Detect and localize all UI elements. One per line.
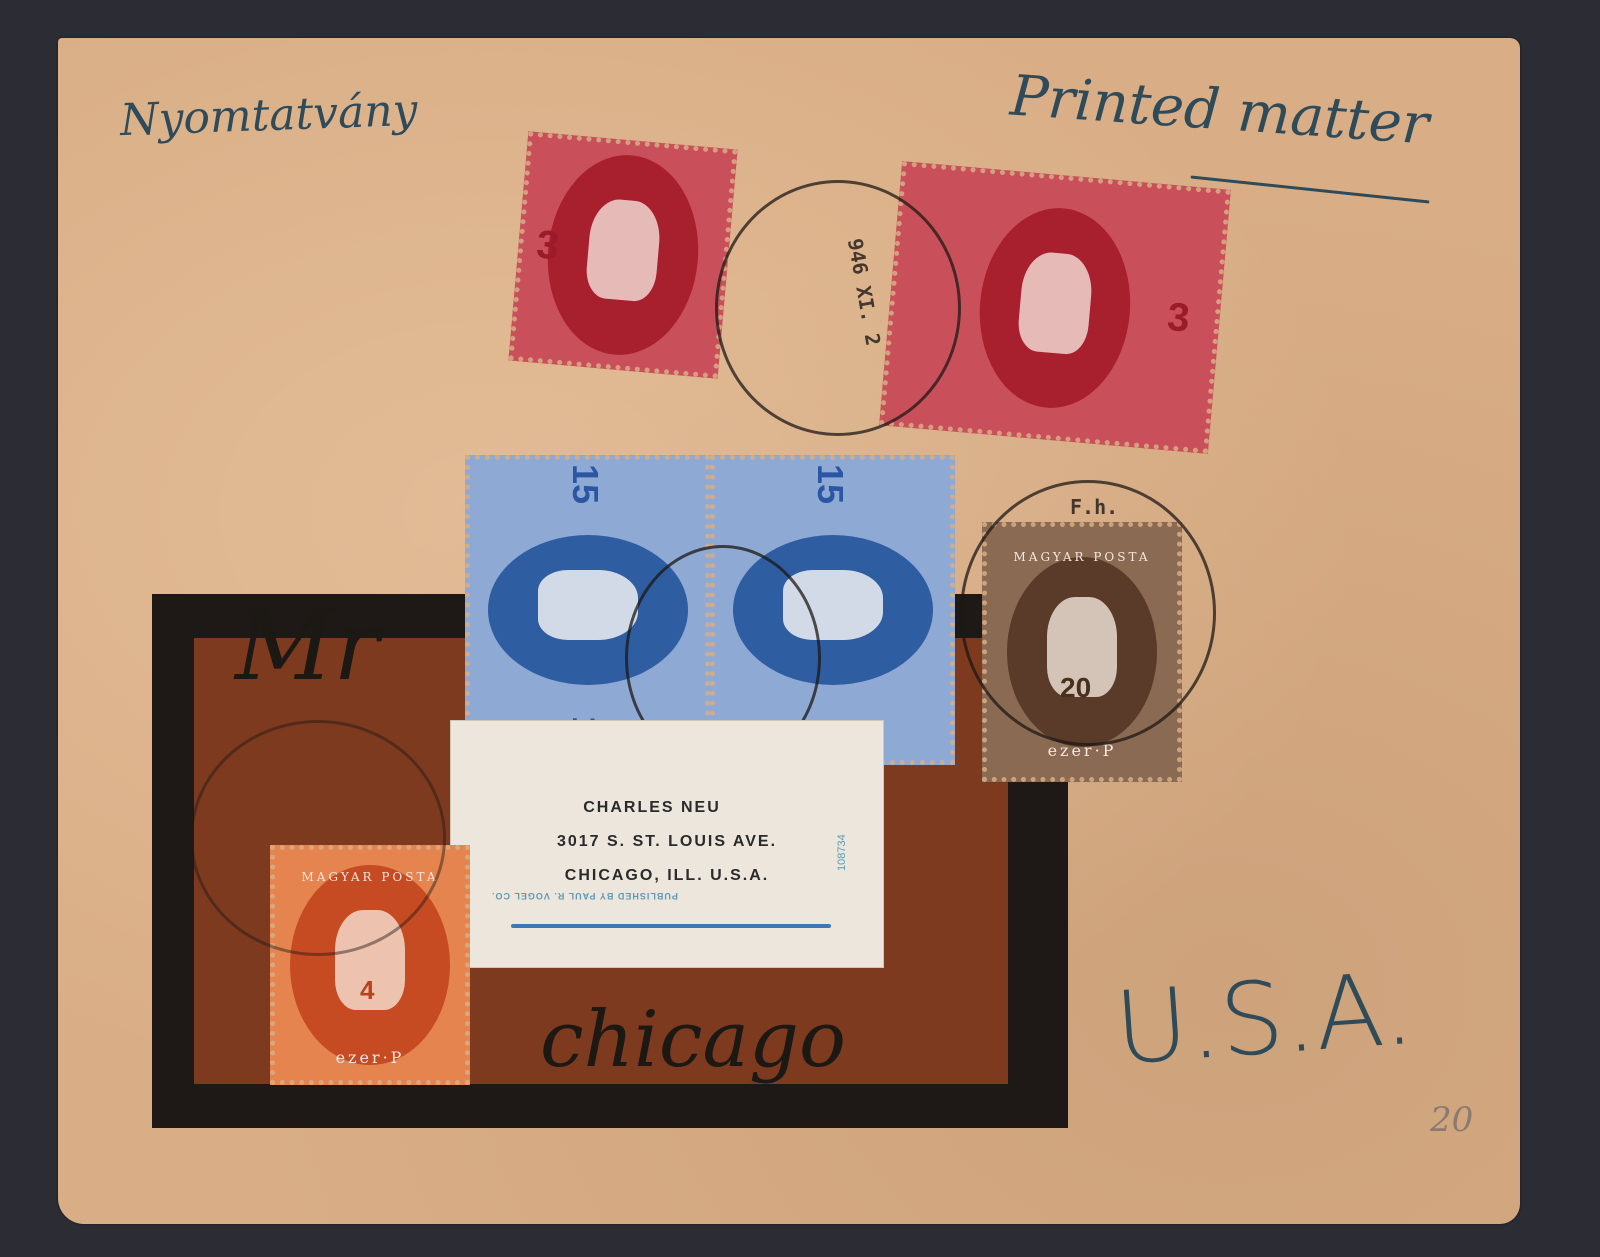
stamp-value: 15 xyxy=(809,464,851,504)
postmark-office: F.h. xyxy=(1070,495,1118,519)
handwritten-mr: Mr xyxy=(235,590,379,702)
allegory-figures-icon xyxy=(584,197,662,303)
address-street: 3017 S. ST. LOUIS AVE. xyxy=(451,833,883,851)
stamp-unit: ezer·P xyxy=(270,1048,470,1067)
handwritten-printed-matter-hungarian: Nyomtatvány xyxy=(119,85,418,146)
handwritten-country: U.S.A. xyxy=(1111,950,1417,1088)
postmark-budapest xyxy=(960,480,1216,746)
publisher-imprint: PUBLISHED BY PAUL R. VOGEL CO. xyxy=(491,891,678,901)
address-city: CHICAGO, ILL. U.S.A. xyxy=(451,867,883,885)
postmark-budapest xyxy=(715,180,961,436)
blue-pen-stroke xyxy=(511,924,831,928)
stamp-value: 3 xyxy=(535,223,561,270)
stamp-value: 15 xyxy=(564,464,606,504)
address-name: CHARLES NEU xyxy=(451,799,883,817)
address-label: CHARLES NEU 3017 S. ST. LOUIS AVE. CHICA… xyxy=(450,720,884,968)
stamp-value: 4 xyxy=(360,975,374,1006)
stamp-value: 3 xyxy=(1165,295,1191,342)
handwritten-city: chicago xyxy=(540,995,846,1085)
postmark-budapest xyxy=(190,720,446,956)
label-serial: 108734 xyxy=(836,834,848,871)
pencil-note: 20 xyxy=(1430,1100,1473,1140)
allegory-figures-icon xyxy=(538,570,638,640)
stamp-red-3-left: 3 xyxy=(508,131,737,378)
